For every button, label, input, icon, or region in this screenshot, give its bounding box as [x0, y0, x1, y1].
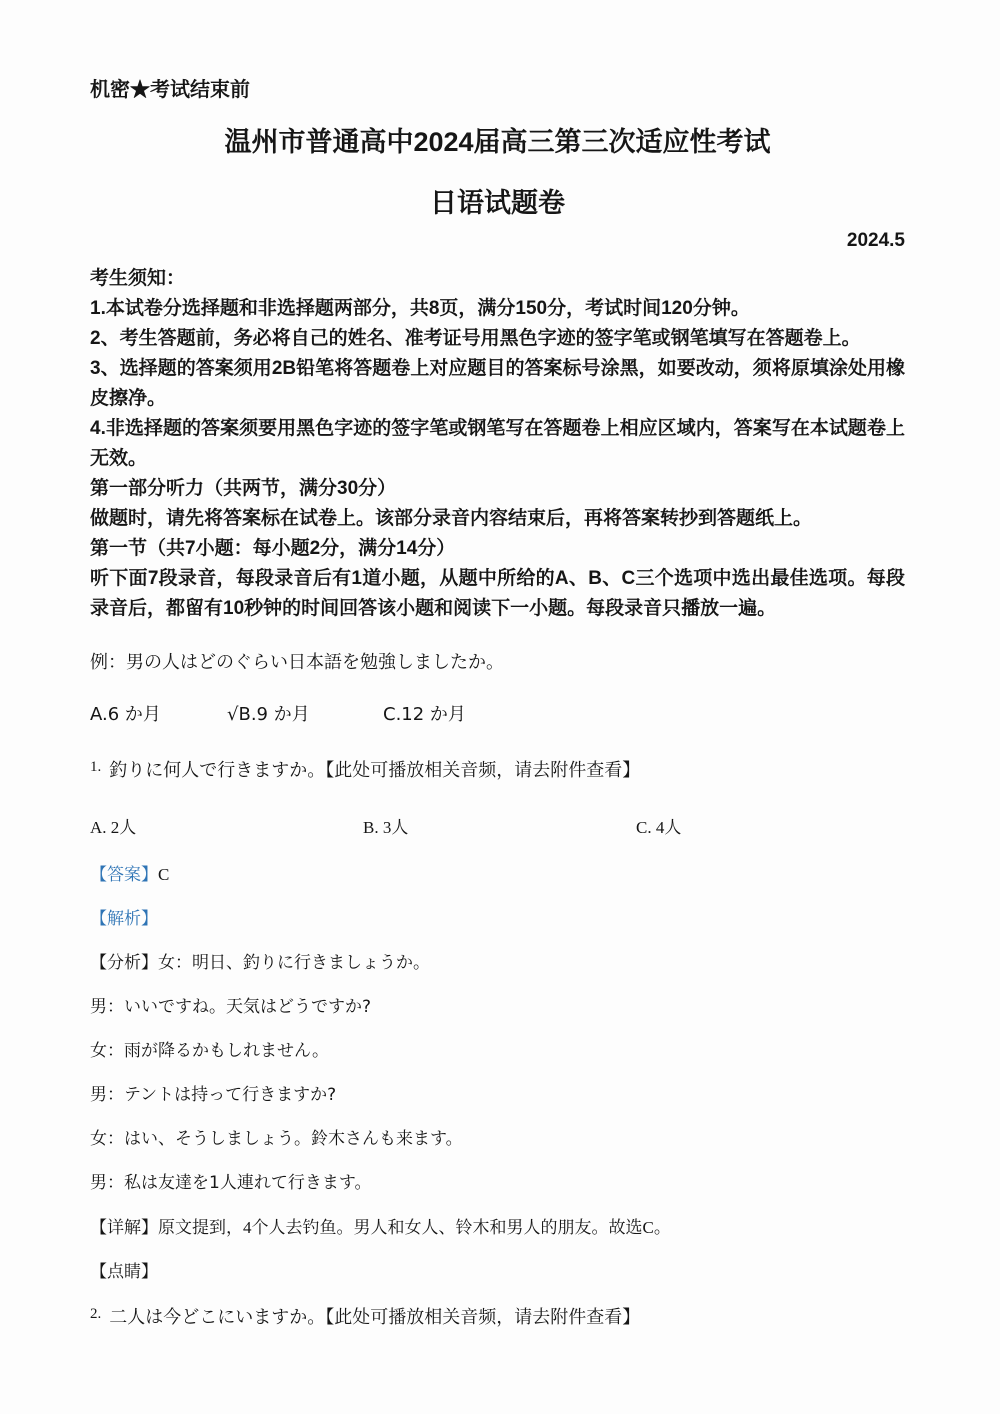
question-1-options-row: A. 2人 B. 3人 C. 4人 — [90, 818, 905, 838]
paper-subtitle: 日语试题卷 — [90, 181, 905, 220]
example-options-row: A.6 か月 √B.9 か月 C.12 か月 — [90, 704, 905, 726]
question-1-option-b: B. 3人 — [363, 818, 636, 838]
explanation-label: 【详解】 — [90, 1218, 158, 1237]
answer-label: 【答案】 — [90, 865, 158, 884]
example-option-b-checked: √B.9 か月 — [227, 704, 383, 726]
notice-item-4: 4.非选择题的答案须要用黑色字迹的签字笔或钢笔写在答题卷上相应区域内，答案写在本… — [90, 414, 905, 474]
example-option-a: A.6 か月 — [90, 704, 227, 726]
question-1-text: 釣りに何人で行きますか。 — [109, 760, 325, 781]
breakdown-line: 【分析】女：明日、釣りに行きましょうか。 — [90, 953, 905, 973]
exam-date: 2024.5 — [90, 230, 905, 252]
dialog-line: 女：明日、釣りに行きましょうか。 — [158, 953, 430, 973]
notice-item-1: 1.本试卷分选择题和非选择题两部分，共8页，满分150分，考试时间120分钟。 — [90, 294, 905, 324]
exam-title: 温州市普通高中2024届高三第三次适应性考试 — [90, 120, 905, 159]
dialog-line: 女：雨が降るかもしれません。 — [90, 1042, 905, 1061]
dialog-line: 男：私は友達を1人連れて行きます。 — [90, 1174, 905, 1193]
answer-line: 【答案】C — [90, 865, 905, 884]
example-question-line: 例：男の人はどのぐらい日本語を勉強しましたか。 — [90, 652, 905, 674]
breakdown-label: 【分析】 — [90, 953, 158, 972]
question-1-audio-note: 【此处可播放相关音频，请去附件查看】 — [325, 760, 640, 780]
dialog-line: 男：いいですね。天気はどうですか? — [90, 998, 905, 1017]
question-2-number: 2. — [90, 1306, 101, 1322]
analysis-label: 【解析】 — [90, 909, 158, 928]
question-1-line: 1.釣りに何人で行きますか。【此处可播放相关音频，请去附件查看】 — [90, 756, 905, 782]
question-1-number: 1. — [90, 759, 101, 775]
notice-heading: 考生须知： — [90, 264, 905, 294]
exam-paper-page: 机密★考试结束前 温州市普通高中2024届高三第三次适应性考试 日语试题卷 20… — [0, 0, 1000, 1414]
listening-part-note: 做题时，请先将答案标在试卷上。该部分录音内容结束后，再将答案转抄到答题纸上。 — [90, 504, 905, 534]
explanation-line: 【详解】原文提到，4个人去钓鱼。男人和女人、铃木和男人的朋友。故选C。 — [90, 1218, 905, 1237]
notice-item-3: 3、选择题的答案须用2B铅笔将答题卷上对应题目的答案标号涂黑，如要改动，须将原填… — [90, 354, 905, 414]
example-option-c: C.12 か月 — [383, 704, 466, 726]
confidential-notice: 机密★考试结束前 — [90, 78, 905, 102]
question-2-text: 二人は今どこにいますか。 — [109, 1307, 325, 1328]
question-1-option-c: C. 4人 — [636, 818, 681, 838]
question-2-line: 2.二人は今どこにいますか。【此处可播放相关音频，请去附件查看】 — [90, 1303, 905, 1329]
analysis-line: 【解析】 — [90, 909, 905, 928]
dialog-line: 女：はい、そうしましょう。鈴木さんも来ます。 — [90, 1130, 905, 1149]
example-label: 例： — [90, 652, 126, 673]
example-question: 男の人はどのぐらい日本語を勉強しましたか。 — [126, 652, 504, 673]
listening-section-note: 听下面7段录音，每段录音后有1道小题，从题中所给的A、B、C三个选项中选出最佳选… — [90, 564, 905, 624]
answer-value: C — [158, 865, 169, 884]
listening-part-heading: 第一部分听力（共两节，满分30分） — [90, 474, 905, 504]
highlight-label: 【点睛】 — [90, 1262, 905, 1281]
question-1-option-a: A. 2人 — [90, 818, 363, 838]
dialog-line: 男：テントは持って行きますか? — [90, 1086, 905, 1105]
notice-item-2: 2、考生答题前，务必将自己的姓名、准考证号用黑色字迹的签字笔或钢笔填写在答题卷上… — [90, 324, 905, 354]
question-2-audio-note: 【此处可播放相关音频，请去附件查看】 — [325, 1307, 640, 1327]
listening-section-heading: 第一节（共7小题：每小题2分，满分14分） — [90, 534, 905, 564]
explanation-text: 原文提到，4个人去钓鱼。男人和女人、铃木和男人的朋友。故选C。 — [158, 1218, 671, 1237]
